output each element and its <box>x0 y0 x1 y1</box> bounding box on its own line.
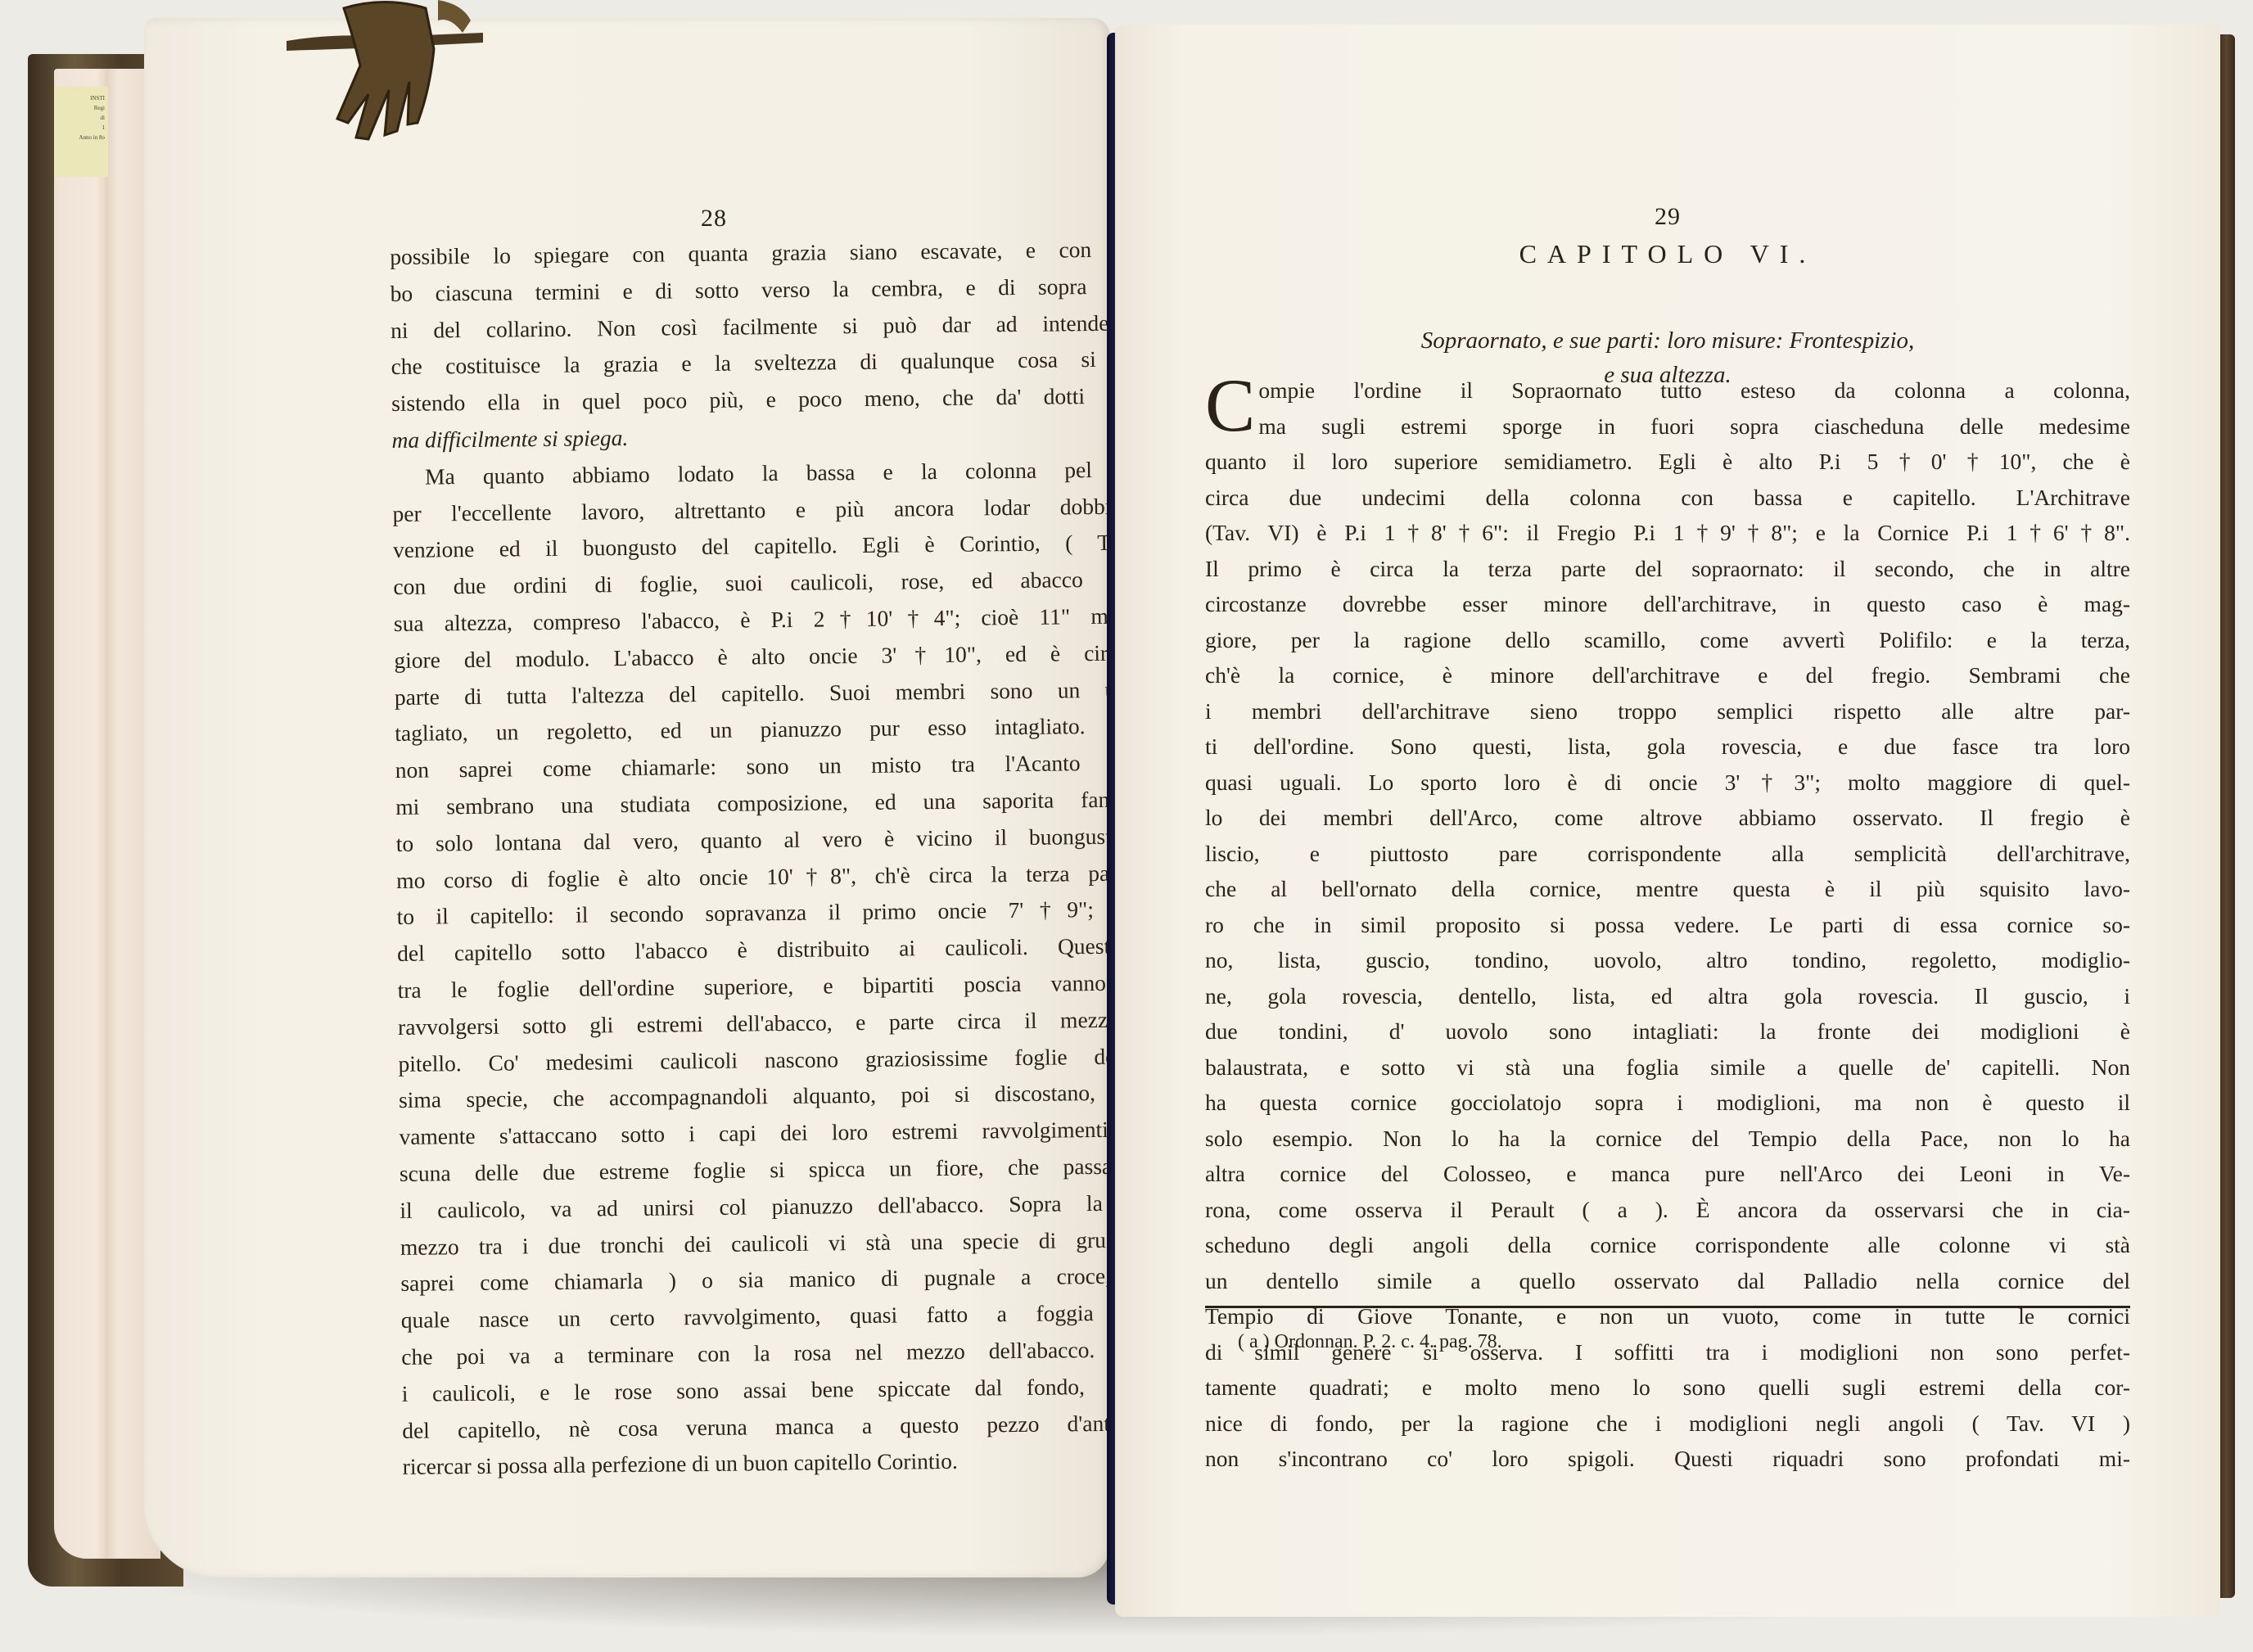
spine-label-line: di <box>101 115 105 121</box>
spine-label-line: INSTI <box>90 95 105 102</box>
text-line: liscio, e piuttosto pare corrispondente … <box>1205 836 2130 872</box>
chapter-title: CAPITOLO VI. <box>1115 239 2220 269</box>
text-line: ti dell'ordine. Sono questi, lista, gola… <box>1205 729 2130 765</box>
text-line: ha questa cornice gocciolatojo sopra i m… <box>1205 1085 2130 1121</box>
footnote-rule <box>1205 1306 2130 1308</box>
right-page-body: C ompie l'ordine il Sopraornato tutto es… <box>1205 372 2130 1477</box>
text-line: altra cornice del Colosseo, e manca pure… <box>1205 1156 2130 1192</box>
text-line: quasi uguali. Lo sporto loro è di oncie … <box>1205 765 2130 801</box>
text-line: lo dei membri dell'Arco, come altrove ab… <box>1205 800 2130 836</box>
text-line: che al bell'ornato della cornice, mentre… <box>1205 871 2130 907</box>
text-line: balaustrata, e sotto vi stà una foglia s… <box>1205 1049 2130 1086</box>
text-line: solo esempio. Non lo ha la cornice del T… <box>1205 1121 2130 1157</box>
text-line: nice di fondo, per la ragione che i modi… <box>1205 1406 2130 1442</box>
text-line: ne, gola rovescia, dentello, lista, ed a… <box>1205 978 2130 1014</box>
text-line: due tondini, d' uovolo sono intagliati: … <box>1205 1013 2130 1049</box>
text-line: ch'è la cornice, è minore dell'architrav… <box>1205 657 2130 693</box>
text-line: quanto il loro superiore semidiametro. E… <box>1205 444 2130 480</box>
spine-label-line: Anno in 8o <box>79 134 106 141</box>
text-line: giore, per la ragione dello scamillo, co… <box>1205 622 2130 658</box>
spine-label-line: Regi <box>94 105 105 111</box>
text-line: circostanze dovrebbe esser minore dell'a… <box>1205 586 2130 622</box>
text-line: non s'incontrano co' loro spigoli. Quest… <box>1205 1441 2130 1477</box>
spine-label-line: 1 <box>102 124 106 131</box>
spine-label: INSTI Regi di 1 Anno in 8o <box>54 87 108 177</box>
text-line: (Tav. VI) è P.i 1†8'†6": il Fregio P.i 1… <box>1205 515 2130 551</box>
text-line: circa due undecimi della colonna con bas… <box>1205 480 2130 516</box>
drop-cap: C <box>1205 376 1255 435</box>
text-line: Il primo è circa la terza parte del sopr… <box>1205 551 2130 587</box>
text-line: ompie l'ordine il Sopraornato tutto este… <box>1205 372 2130 408</box>
page-number-left: 28 <box>701 205 727 232</box>
text-line: un dentello simile a quello osservato da… <box>1205 1263 2130 1299</box>
right-page-lines: ompie l'ordine il Sopraornato tutto este… <box>1205 372 2130 1477</box>
text-line: scheduno degli angoli della cornice corr… <box>1205 1227 2130 1263</box>
text-line: i membri dell'architrave sieno troppo se… <box>1205 693 2130 729</box>
text-line: Tempio di Giove Tonante, e non un vuoto,… <box>1205 1298 2130 1334</box>
footnote: ( a ) Ordonnan. P. 2. c. 4. pag. 78. <box>1238 1331 1502 1353</box>
subtitle-line: Sopraornato, e sue parti: loro misure: F… <box>1421 327 1915 354</box>
text-line: ma sugli estremi sporge in fuori sopra c… <box>1205 408 2130 445</box>
text-line: ricercar si possa alla perfezione di un … <box>402 1441 1225 1486</box>
page-number-right: 29 <box>1115 203 2220 231</box>
right-page: 29 CAPITOLO VI. Sopraornato, e sue parti… <box>1115 25 2220 1617</box>
text-line: tamente quadrati; e molto meno lo sono q… <box>1205 1370 2130 1406</box>
text-line: no, lista, guscio, tondino, uovolo, altr… <box>1205 942 2130 978</box>
text-line: ro che in simil proposito si possa veder… <box>1205 907 2130 943</box>
text-line: rona, come osserva il Perault ( a ). È a… <box>1205 1192 2130 1228</box>
left-page: 28 possibile lo spiegare con quanta graz… <box>144 18 1110 1578</box>
hand-bookmark-icon <box>287 0 483 156</box>
left-page-body: possibile lo spiegare con quanta grazia … <box>390 230 1226 1486</box>
